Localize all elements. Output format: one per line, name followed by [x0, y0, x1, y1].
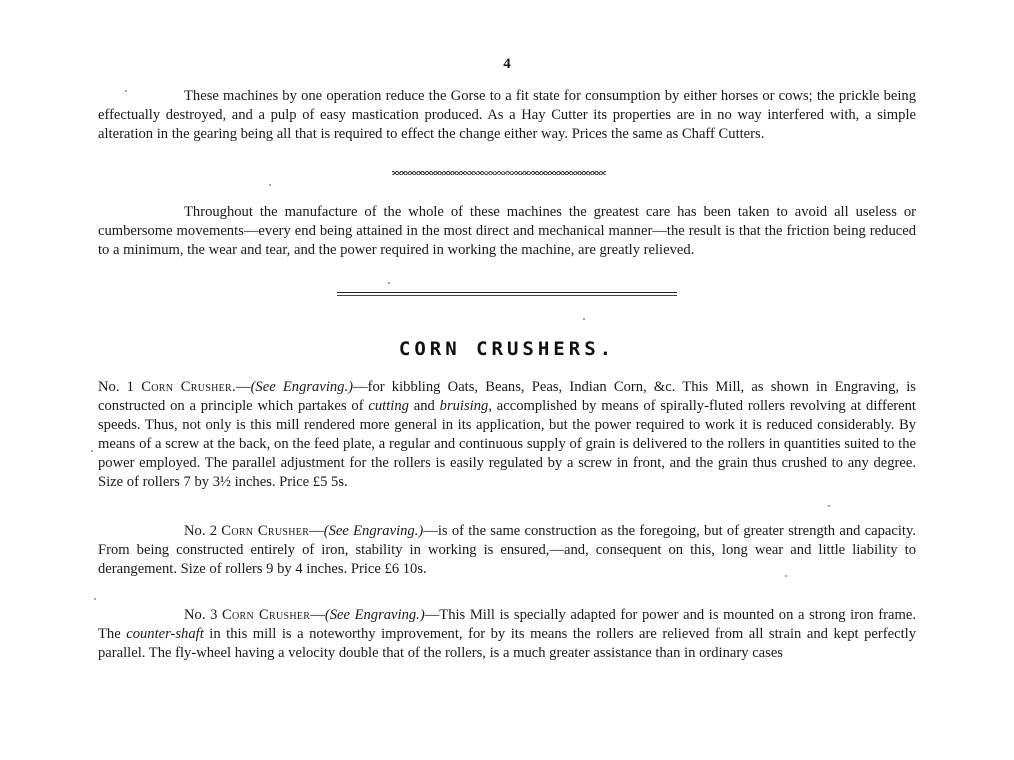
dash: —: [309, 523, 324, 539]
crusher-no1-paragraph: No. 1 Corn Crusher.—(See Engraving.)—for…: [98, 378, 916, 492]
crusher-no2-engraving-ref: (See Engraving.): [324, 523, 423, 539]
crusher-no3-number: No. 3: [184, 607, 217, 623]
crusher-no1-number: No. 1: [98, 379, 134, 395]
crusher-no1-name: Corn Crusher.: [141, 379, 236, 395]
gorse-paragraph: These machines by one operation reduce t…: [98, 87, 916, 144]
crusher-no1-italic-bruising: bruising: [440, 398, 489, 414]
scan-speck: [828, 505, 830, 507]
crusher-no3-engraving-ref: (See Engraving.): [325, 607, 425, 623]
scan-speck: [388, 282, 390, 284]
crusher-no2-name: Corn Crusher: [221, 523, 309, 539]
crusher-no2-paragraph: No. 2 Corn Crusher—(See Engraving.)—is o…: [98, 522, 916, 579]
crusher-no1-italic-cutting: cutting: [368, 398, 409, 414]
scan-speck: [785, 575, 787, 577]
dash: —: [236, 379, 251, 395]
section-title: CORN CRUSHERS.: [0, 338, 1014, 360]
crusher-no3-italic-counter-shaft: counter-shaft: [126, 626, 204, 642]
crusher-no1-text-b: and: [409, 398, 440, 414]
scan-speck: [125, 90, 127, 92]
crusher-no3-paragraph: No. 3 Corn Crusher—(See Engraving.)—This…: [98, 606, 916, 663]
wavy-separator: [392, 171, 606, 175]
scan-speck: [94, 598, 96, 600]
manufacture-paragraph: Throughout the manufacture of the whole …: [98, 203, 916, 260]
document-page: 4 These machines by one operation reduce…: [0, 0, 1014, 760]
dash: —: [310, 607, 325, 623]
page-number: 4: [0, 56, 1014, 73]
crusher-no3-text-b: in this mill is a noteworthy improvement…: [98, 626, 916, 661]
crusher-no3-name: Corn Crusher: [222, 607, 310, 623]
double-rule-separator: [337, 292, 677, 296]
scan-speck: [583, 318, 585, 320]
scan-speck: [269, 184, 271, 186]
crusher-no2-number: No. 2: [184, 523, 217, 539]
crusher-no1-engraving-ref: (See Engraving.): [251, 379, 353, 395]
scan-speck: [91, 450, 93, 452]
